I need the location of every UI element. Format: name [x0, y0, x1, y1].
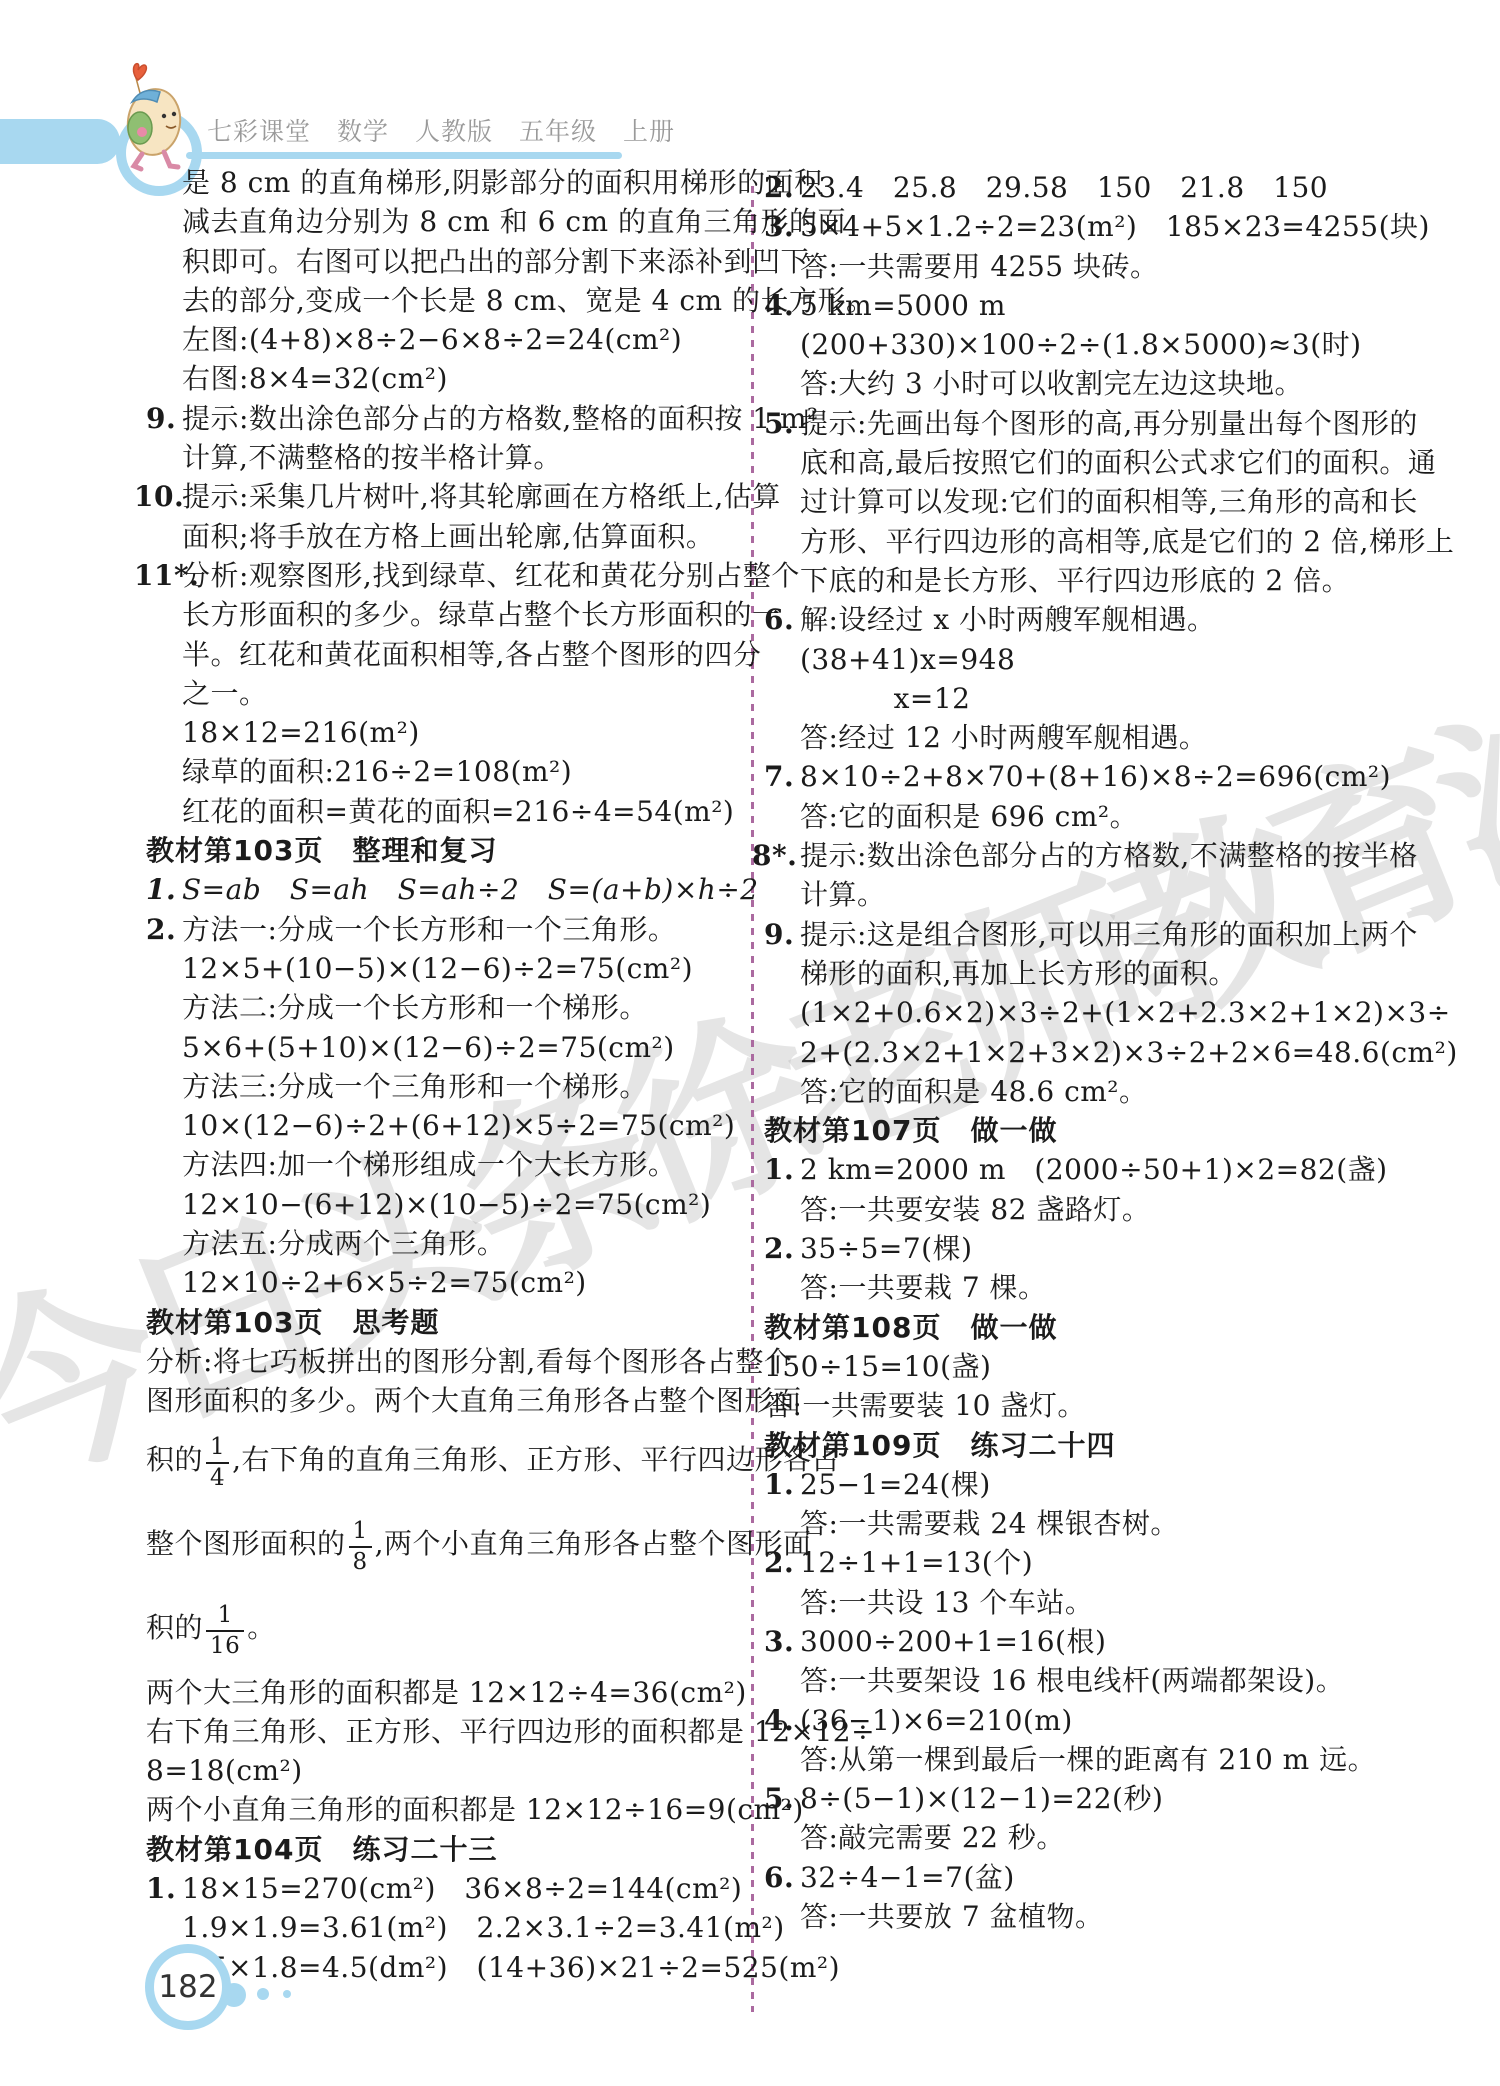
item-number: 8*. — [752, 836, 797, 875]
page-title: 七彩课堂 数学 人教版 五年级 上册 — [207, 112, 675, 148]
answer-line: 答:敲完需要 22 秒。 — [764, 1818, 1434, 1857]
answer-line: 10.提示:采集几片树叶,将其轮廓画在方格纸上,估算 — [146, 477, 748, 516]
answer-line: 答:大约 3 小时可以收割完左边这块地。 — [764, 364, 1434, 403]
mascot-egg-character-icon — [98, 50, 198, 180]
answer-line: 答:它的面积是 696 cm²。 — [764, 797, 1434, 836]
section-header: 教材第109页 练习二十四 — [764, 1426, 1434, 1465]
answer-line: 方法二:分成一个长方形和一个梯形。 — [146, 988, 748, 1027]
item-number: 10. — [134, 477, 184, 516]
answer-line: 右下角三角形、正方形、平行四边形的面积都是 12×12÷ — [146, 1712, 748, 1751]
item-number: 11*. — [134, 556, 199, 595]
answer-line: 两个小直角三角形的面积都是 12×12÷16=9(cm²) — [146, 1790, 748, 1829]
answer-line: 是 8 cm 的直角梯形,阴影部分的面积用梯形的面积 — [146, 163, 748, 202]
item-number: 1. — [146, 870, 176, 909]
answer-line: 4.(36−1)×6=210(m) — [764, 1701, 1434, 1740]
answer-line: 3.5×4+5×1.2÷2=23(m²) 185×23=4255(块) — [764, 207, 1434, 246]
answer-line: 10×(12−6)÷2+(6+12)×5÷2=75(cm²) — [146, 1106, 748, 1145]
answer-line: 12×10÷2+6×5÷2=75(cm²) — [146, 1263, 748, 1302]
item-number: 9. — [764, 915, 794, 954]
footer-dot-large — [222, 1983, 246, 2007]
answer-line: 2.23.4 25.8 29.58 150 21.8 150 — [764, 168, 1434, 207]
answer-line: 2.12÷1+1=13(个) — [764, 1543, 1434, 1582]
left-column: 是 8 cm 的直角梯形,阴影部分的面积用梯形的面积减去直角边分别为 8 cm … — [146, 163, 748, 1987]
answer-line: 2+(2.3×2+1×2+3×2)×3÷2+2×6=48.6(cm²) — [764, 1033, 1434, 1072]
item-number: 5. — [764, 1779, 794, 1818]
answer-line: 方法五:分成两个三角形。 — [146, 1224, 748, 1263]
item-number: 6. — [764, 1858, 794, 1897]
item-number: 6. — [764, 600, 794, 639]
answer-line: 1.2 km=2000 m (2000÷50+1)×2=82(盏) — [764, 1150, 1434, 1189]
answer-line: x=12 — [764, 679, 1434, 718]
answer-line: 答:经过 12 小时两艘军舰相遇。 — [764, 718, 1434, 757]
answer-line: 1.25−1=24(棵) — [764, 1465, 1434, 1504]
answer-line: 左图:(4+8)×8÷2−6×8÷2=24(cm²) — [146, 320, 748, 359]
answer-line: 红花的面积=黄花的面积=216÷4=54(m²) — [146, 792, 748, 831]
answer-line: 1.9×1.9=3.61(m²) 2.2×3.1÷2=3.41(m²) — [146, 1908, 748, 1947]
answer-line: 过计算可以发现:它们的面积相等,三角形的高和长 — [764, 482, 1434, 521]
answer-line: 答:一共需要装 10 盏灯。 — [764, 1386, 1434, 1425]
answer-line: 8=18(cm²) — [146, 1751, 748, 1790]
answer-line: 分析:将七巧板拼出的图形分割,看每个图形各占整个 — [146, 1342, 748, 1381]
section-header: 教材第103页 思考题 — [146, 1303, 748, 1342]
fraction: 116 — [206, 1604, 244, 1658]
footer-dot-small — [283, 1990, 291, 1998]
answer-line: 去的部分,变成一个长是 8 cm、宽是 4 cm 的长方形。 — [146, 281, 748, 320]
header-underline — [186, 152, 622, 159]
answer-line: 绿草的面积:216÷2=108(m²) — [146, 752, 748, 791]
page-number-badge: 182 — [145, 1944, 231, 2030]
item-number: 2. — [146, 910, 176, 949]
answer-line: 答:一共要架设 16 根电线杆(两端都架设)。 — [764, 1661, 1434, 1700]
answer-line: 答:从第一棵到最后一棵的距离有 210 m 远。 — [764, 1740, 1434, 1779]
item-number: 7. — [764, 757, 794, 796]
answer-line: 2.35÷5=7(棵) — [764, 1229, 1434, 1268]
answer-line: 减去直角边分别为 8 cm 和 6 cm 的直角三角形的面 — [146, 202, 748, 241]
item-number: 3. — [764, 207, 794, 246]
answer-line: 计算。 — [764, 875, 1434, 914]
answer-line: 答:一共要安装 82 盏路灯。 — [764, 1190, 1434, 1229]
item-number: 1. — [764, 1150, 794, 1189]
right-column: 2.23.4 25.8 29.58 150 21.8 1503.5×4+5×1.… — [764, 168, 1434, 1936]
fraction: 18 — [349, 1520, 372, 1574]
answer-line: 5.8÷(5−1)×(12−1)=22(秒) — [764, 1779, 1434, 1818]
answer-line: 12×5+(10−5)×(12−6)÷2=75(cm²) — [146, 949, 748, 988]
answer-line: 两个大三角形的面积都是 12×12÷4=36(cm²) — [146, 1673, 748, 1712]
answer-line: 答:一共设 13 个车站。 — [764, 1583, 1434, 1622]
answer-line: 6.解:设经过 x 小时两艘军舰相遇。 — [764, 600, 1434, 639]
answer-line: 18×12=216(m²) — [146, 713, 748, 752]
answer-line: 4.5 km=5000 m — [764, 286, 1434, 325]
answer-line: 2.方法一:分成一个长方形和一个三角形。 — [146, 910, 748, 949]
fraction: 14 — [206, 1436, 229, 1490]
section-header: 教材第103页 整理和复习 — [146, 831, 748, 870]
answer-line: 7.8×10÷2+8×70+(8+16)×8÷2=696(cm²) — [764, 757, 1434, 796]
answer-line: (38+41)x=948 — [764, 640, 1434, 679]
answer-line: 方形、平行四边形的高相等,底是它们的 2 倍,梯形上 — [764, 522, 1434, 561]
answer-line: 右图:8×4=32(cm²) — [146, 359, 748, 398]
answer-line: 11*.分析:观察图形,找到绿草、红花和黄花分别占整个 — [146, 556, 748, 595]
item-number: 2. — [764, 1543, 794, 1582]
answer-line: 面积;将手放在方格上画出轮廓,估算面积。 — [146, 517, 748, 556]
heart-balloon-icon — [133, 64, 146, 80]
answer-line: 计算,不满整格的按半格计算。 — [146, 438, 748, 477]
workbook-answer-page: 今日头条徐老师教育沙龙 七彩课堂 数学 人教版 五年级 上册 是 8 cm 的直… — [0, 0, 1500, 2086]
answer-line: 底和高,最后按照它们的面积公式求它们的面积。通 — [764, 443, 1434, 482]
item-number: 2. — [764, 168, 794, 207]
answer-line: 方法三:分成一个三角形和一个梯形。 — [146, 1067, 748, 1106]
answer-line: (1×2+0.6×2)×3÷2+(1×2+2.3×2+1×2)×3÷ — [764, 993, 1434, 1032]
answer-line: 6.32÷4−1=7(盆) — [764, 1858, 1434, 1897]
answer-line: 图形面积的多少。两个大直角三角形各占整个图形面 — [146, 1381, 748, 1420]
answer-line: 12×10−(6+12)×(10−5)÷2=75(cm²) — [146, 1185, 748, 1224]
answer-line: 9.提示:这是组合图形,可以用三角形的面积加上两个 — [764, 915, 1434, 954]
answer-line: 长方形面积的多少。绿草占整个长方形面积的一 — [146, 595, 748, 634]
section-header: 教材第104页 练习二十三 — [146, 1830, 748, 1869]
answer-line: 答:一共要放 7 盆植物。 — [764, 1897, 1434, 1936]
section-header: 教材第107页 做一做 — [764, 1111, 1434, 1150]
answer-line: 答:一共需要用 4255 块砖。 — [764, 247, 1434, 286]
answer-line: 答:一共要栽 7 棵。 — [764, 1268, 1434, 1307]
item-number: 4. — [764, 1701, 794, 1740]
answer-line: 3.3000÷200+1=16(根) — [764, 1622, 1434, 1661]
answer-line: 积的14,右下角的直角三角形、正方形、平行四边形各占 — [146, 1421, 748, 1505]
item-number: 5. — [764, 404, 794, 443]
answer-line: 积即可。右图可以把凸出的部分割下来添补到凹下 — [146, 242, 748, 281]
answer-line: 5×6+(5+10)×(12−6)÷2=75(cm²) — [146, 1028, 748, 1067]
item-number: 1. — [146, 1869, 176, 1908]
answer-line: 下底的和是长方形、平行四边形底的 2 倍。 — [764, 561, 1434, 600]
answer-line: 答:一共需要栽 24 棵银杏树。 — [764, 1504, 1434, 1543]
answer-line: 1.18×15=270(cm²) 36×8÷2=144(cm²) — [146, 1869, 748, 1908]
answer-line: 5.提示:先画出每个图形的高,再分别量出每个图形的 — [764, 404, 1434, 443]
item-number: 1. — [764, 1465, 794, 1504]
footer-dot-medium — [257, 1988, 269, 2000]
answer-line: (200+330)×100÷2÷(1.8×5000)≈3(时) — [764, 325, 1434, 364]
answer-line: 整个图形面积的18,两个小直角三角形各占整个图形面 — [146, 1505, 748, 1589]
item-number: 4. — [764, 286, 794, 325]
item-number: 9. — [146, 399, 176, 438]
answer-line: 1.S=ab S=ah S=ah÷2 S=(a+b)×h÷2 — [146, 870, 748, 909]
answer-line: 8*.提示:数出涂色部分占的方格数,不满整格的按半格 — [764, 836, 1434, 875]
answer-line: 梯形的面积,再加上长方形的面积。 — [764, 954, 1434, 993]
answer-line: 2.5×1.8=4.5(dm²) (14+36)×21÷2=525(m²) — [146, 1948, 748, 1987]
item-number: 2. — [764, 1229, 794, 1268]
answer-line: 方法四:加一个梯形组成一个大长方形。 — [146, 1145, 748, 1184]
section-header: 教材第108页 做一做 — [764, 1308, 1434, 1347]
item-number: 3. — [764, 1622, 794, 1661]
answer-line: 积的116。 — [146, 1589, 748, 1673]
answer-line: 半。红花和黄花面积相等,各占整个图形的四分 — [146, 635, 748, 674]
answer-line: 答:它的面积是 48.6 cm²。 — [764, 1072, 1434, 1111]
answer-line: 9.提示:数出涂色部分占的方格数,整格的面积按 1 m² — [146, 399, 748, 438]
answer-line: 之一。 — [146, 674, 748, 713]
answer-line: 150÷15=10(盏) — [764, 1347, 1434, 1386]
